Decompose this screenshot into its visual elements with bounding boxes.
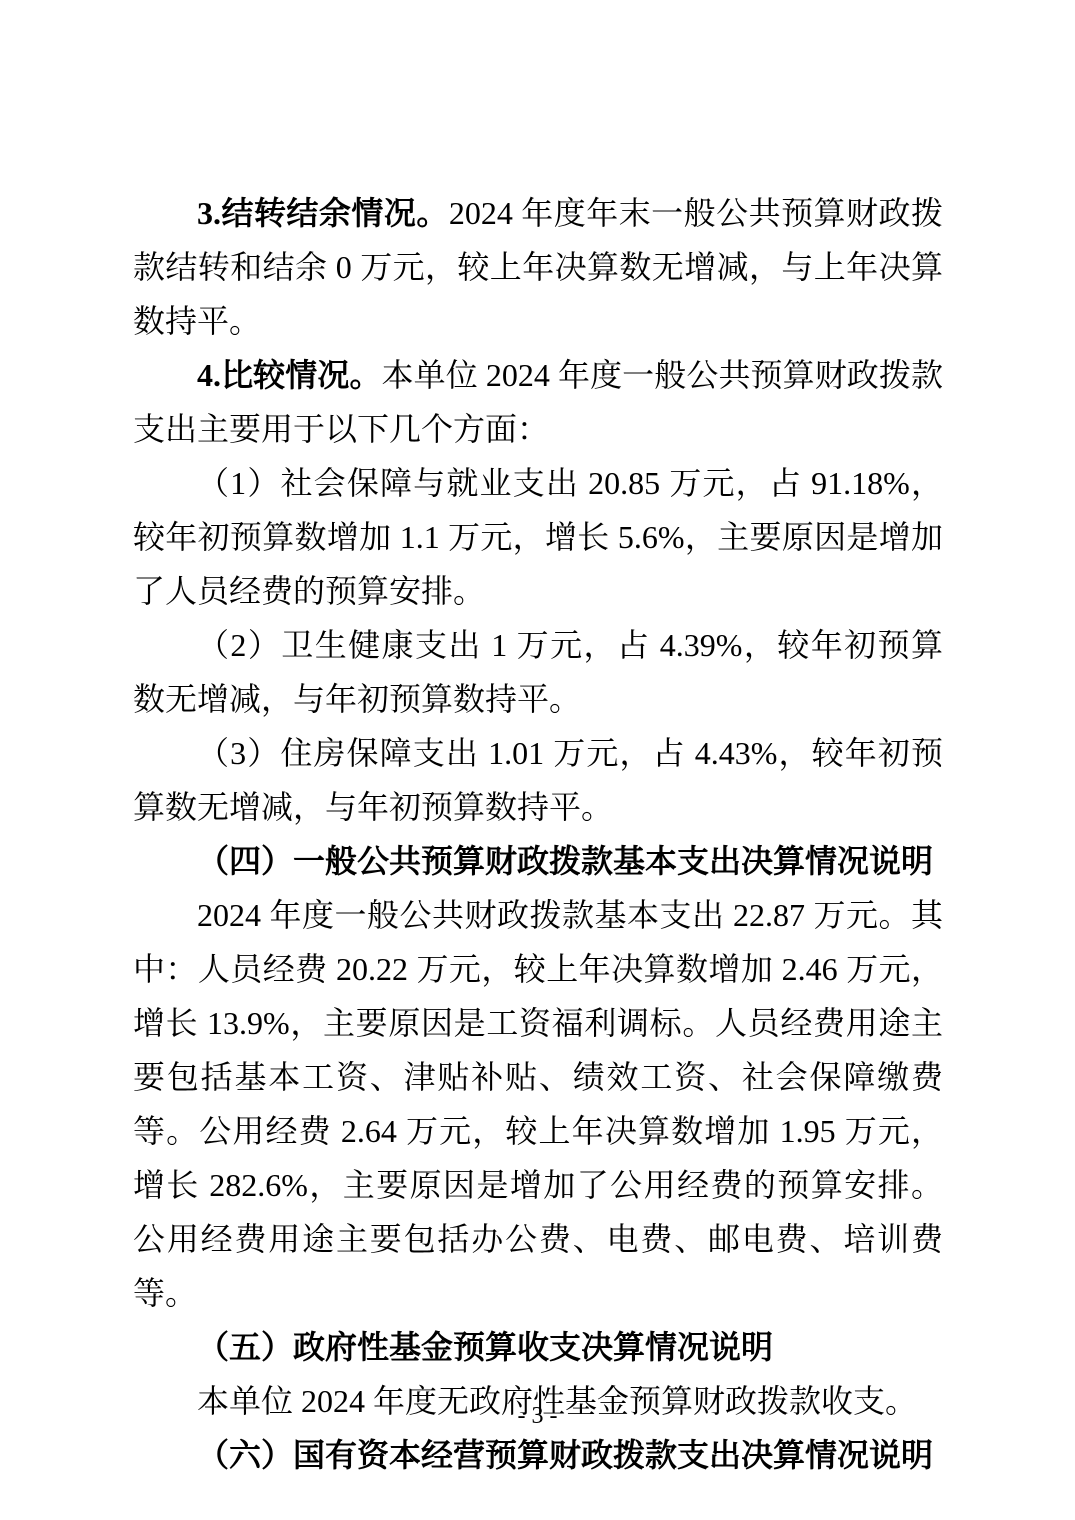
heading-section-five-gov-fund: （五）政府性基金预算收支决算情况说明 [133,1320,943,1374]
heading-section-six-state-capital: （六）国有资本经营预算财政拨款支出决算情况说明 [133,1428,943,1482]
paragraph-basic-expenditure-detail: 2024 年度一般公共财政拨款基本支出 22.87 万元。其中：人员经费 20.… [133,888,943,1320]
document-body: 3.结转结余情况。2024 年度年末一般公共预算财政拨款结转和结余 0 万元，较… [133,186,943,1482]
paragraph-basic-expenditure-text: 2024 年度一般公共财政拨款基本支出 22.87 万元。其中：人员经费 20.… [133,897,943,1311]
heading-section-four-basic-expenditure: （四）一般公共预算财政拨款基本支出决算情况说明 [133,834,943,888]
paragraph-item-social-security: （1）社会保障与就业支出 20.85 万元，占 91.18%，较年初预算数增加 … [133,456,943,618]
document-page: 3.结转结余情况。2024 年度年末一般公共预算财政拨款结转和结余 0 万元，较… [0,0,1075,1520]
paragraph-comparison: 4.比较情况。本单位 2024 年度一般公共预算财政拨款支出主要用于以下几个方面… [133,348,943,456]
paragraph-carryover-balance: 3.结转结余情况。2024 年度年末一般公共预算财政拨款结转和结余 0 万元，较… [133,186,943,348]
paragraph-item-housing: （3）住房保障支出 1.01 万元，占 4.43%，较年初预算数无增减，与年初预… [133,726,943,834]
paragraph-item-social-security-text: （1）社会保障与就业支出 20.85 万元，占 91.18%，较年初预算数增加 … [133,465,943,609]
paragraph-item-housing-text: （3）住房保障支出 1.01 万元，占 4.43%，较年初预算数无增减，与年初预… [133,735,943,825]
paragraph-item-health-text: （2）卫生健康支出 1 万元，占 4.39%，较年初预算数无增减，与年初预算数持… [133,627,943,717]
paragraph-comparison-lead: 4.比较情况。 [197,357,382,393]
paragraph-carryover-lead: 3.结转结余情况。 [197,195,449,231]
page-number: - 3 - [0,1403,1075,1430]
paragraph-item-health: （2）卫生健康支出 1 万元，占 4.39%，较年初预算数无增减，与年初预算数持… [133,618,943,726]
